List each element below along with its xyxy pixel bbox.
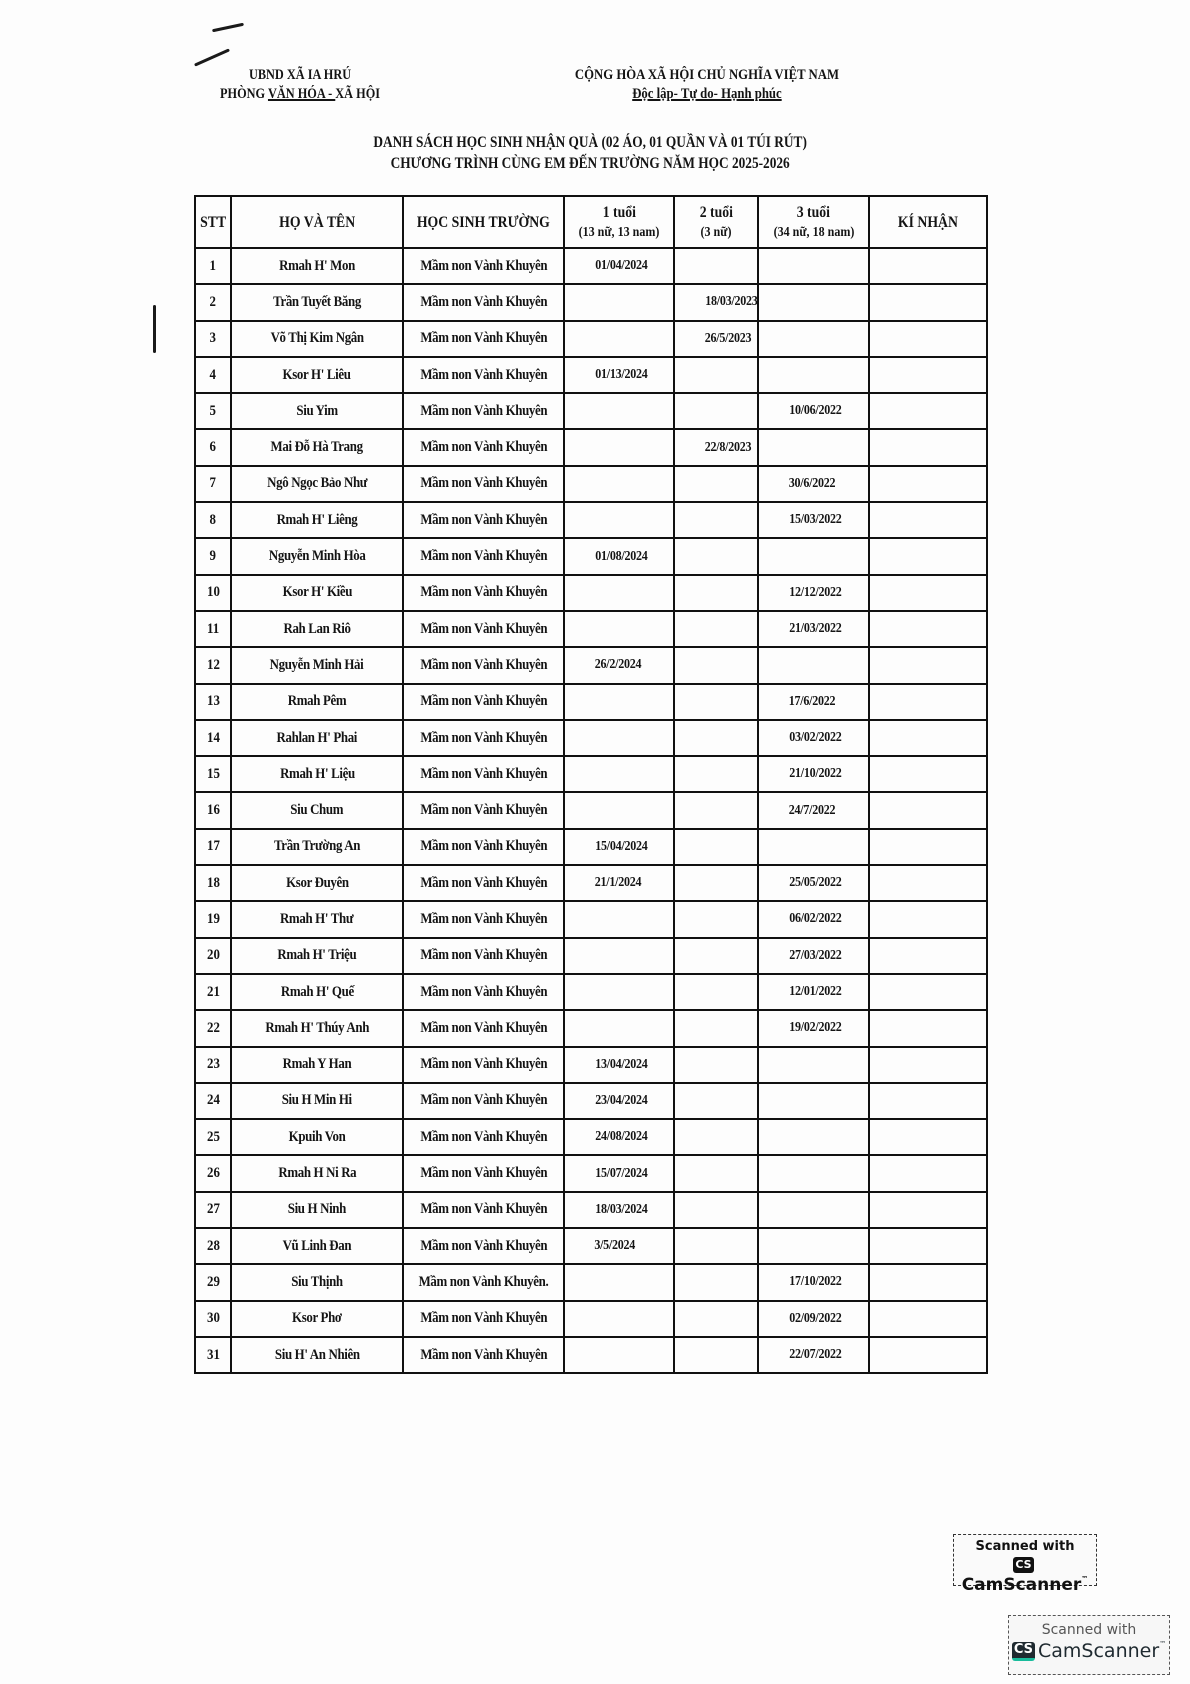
cell-name: Rahlan H' Phai <box>231 720 403 756</box>
national-header: CỘNG HÒA XÃ HỘI CHỦ NGHĨA VIỆT NAM Độc l… <box>548 66 866 104</box>
cell-age1: 01/04/2024 <box>564 248 674 284</box>
table-row: 10Ksor H' KiềuMầm non Vành Khuyên12/12/2… <box>195 575 987 611</box>
cell-age1 <box>564 1264 674 1300</box>
cell-school: Mầm non Vành Khuyên. <box>403 1264 564 1300</box>
cell-age3: 02/09/2022 <box>758 1301 869 1337</box>
cell-age1: 18/03/2024 <box>564 1192 674 1228</box>
cell-name: Kpuih Von <box>231 1119 403 1155</box>
cell-age1 <box>564 284 674 320</box>
cell-school: Mầm non Vành Khuyên <box>403 1083 564 1119</box>
cell-school: Mầm non Vành Khuyên <box>403 1010 564 1046</box>
cell-age1 <box>564 502 674 538</box>
cell-age1 <box>564 1337 674 1373</box>
cell-sign <box>869 684 987 720</box>
cell-name: Rmah H' Triệu <box>231 938 403 974</box>
nation-title: CỘNG HÒA XÃ HỘI CHỦ NGHĨA VIỆT NAM <box>548 66 866 85</box>
agency-line-2-underlined: VĂN HÓA - <box>268 86 335 102</box>
cell-age1: 3/5/2024 <box>564 1228 674 1264</box>
cell-name: Rmah Y Han <box>231 1047 403 1083</box>
cell-age1 <box>564 429 674 465</box>
cell-age3 <box>758 1155 869 1191</box>
cell-school: Mầm non Vành Khuyên <box>403 865 564 901</box>
cell-school: Mầm non Vành Khuyên <box>403 756 564 792</box>
cell-school: Mầm non Vành Khuyên <box>403 248 564 284</box>
cell-age2 <box>674 466 758 502</box>
cell-sign <box>869 1228 987 1264</box>
cell-name: Rmah H' Liệu <box>231 756 403 792</box>
cell-name: Siu H Min Hi <box>231 1083 403 1119</box>
table-row: 28Vũ Linh ĐanMầm non Vành Khuyên3/5/2024 <box>195 1228 987 1264</box>
cell-sign <box>869 865 987 901</box>
cell-age3 <box>758 357 869 393</box>
cell-sign <box>869 1155 987 1191</box>
cell-age3 <box>758 429 869 465</box>
table-row: 29Siu ThịnhMầm non Vành Khuyên.17/10/202… <box>195 1264 987 1300</box>
cell-sign <box>869 393 987 429</box>
cell-sign <box>869 538 987 574</box>
cell-age3: 12/12/2022 <box>758 575 869 611</box>
pen-mark <box>212 23 244 33</box>
cell-age2: 26/5/2023 <box>674 321 758 357</box>
cell-age3 <box>758 1083 869 1119</box>
table-row: 1Rmah H' MonMầm non Vành Khuyên01/04/202… <box>195 248 987 284</box>
cell-sign <box>869 429 987 465</box>
cell-age1 <box>564 974 674 1010</box>
cell-sign <box>869 1192 987 1228</box>
cell-age1: 26/2/2024 <box>564 647 674 683</box>
cell-name: Rmah H' Thư <box>231 901 403 937</box>
col-sign: KÍ NHẬN <box>869 196 987 248</box>
cell-age3: 06/02/2022 <box>758 901 869 937</box>
cell-school: Mầm non Vành Khuyên <box>403 1301 564 1337</box>
cell-age2 <box>674 1119 758 1155</box>
cell-age3: 30/6/2022 <box>758 466 869 502</box>
cell-age2 <box>674 393 758 429</box>
cell-school: Mầm non Vành Khuyên <box>403 1192 564 1228</box>
table-row: 8Rmah H' LiêngMầm non Vành Khuyên15/03/2… <box>195 502 987 538</box>
cell-stt: 15 <box>195 756 231 792</box>
cell-stt: 13 <box>195 684 231 720</box>
cell-age1 <box>564 1010 674 1046</box>
cell-age2 <box>674 248 758 284</box>
cell-school: Mầm non Vành Khuyên <box>403 393 564 429</box>
cell-name: Võ Thị Kim Ngân <box>231 321 403 357</box>
cell-name: Mai Đỗ Hà Trang <box>231 429 403 465</box>
cell-stt: 23 <box>195 1047 231 1083</box>
cell-age1: 01/13/2024 <box>564 357 674 393</box>
cell-age3 <box>758 647 869 683</box>
cell-school: Mầm non Vành Khuyên <box>403 1047 564 1083</box>
cell-stt: 28 <box>195 1228 231 1264</box>
agency-line-2: PHÒNG VĂN HÓA - XÃ HỘI <box>200 85 400 104</box>
cell-school: Mầm non Vành Khuyên <box>403 1228 564 1264</box>
cell-name: Siu Chum <box>231 792 403 828</box>
cell-age3: 24/7/2022 <box>758 792 869 828</box>
table-row: 19Rmah H' ThưMầm non Vành Khuyên06/02/20… <box>195 901 987 937</box>
pen-mark <box>194 48 230 66</box>
cell-age2 <box>674 684 758 720</box>
cell-age2 <box>674 538 758 574</box>
cell-school: Mầm non Vành Khuyên <box>403 466 564 502</box>
cell-age2 <box>674 357 758 393</box>
cell-stt: 14 <box>195 720 231 756</box>
table-row: 2Trần Tuyết BăngMầm non Vành Khuyên18/03… <box>195 284 987 320</box>
cell-age3: 21/10/2022 <box>758 756 869 792</box>
cell-name: Rmah H' Mon <box>231 248 403 284</box>
cell-age1 <box>564 393 674 429</box>
cell-name: Rmah Pêm <box>231 684 403 720</box>
cell-stt: 16 <box>195 792 231 828</box>
camscanner-logo-icon: CS <box>1013 1557 1033 1573</box>
cell-age1 <box>564 792 674 828</box>
cell-sign <box>869 321 987 357</box>
cell-age1 <box>564 1301 674 1337</box>
cell-stt: 12 <box>195 647 231 683</box>
issuing-agency-header: UBND XÃ IA HRÚ PHÒNG VĂN HÓA - XÃ HỘI <box>200 66 400 104</box>
cell-school: Mầm non Vành Khuyên <box>403 538 564 574</box>
cell-name: Ngô Ngọc Bảo Như <box>231 466 403 502</box>
cell-age3 <box>758 1228 869 1264</box>
cell-age2 <box>674 1047 758 1083</box>
cell-age2 <box>674 1301 758 1337</box>
cell-age2 <box>674 974 758 1010</box>
cell-stt: 27 <box>195 1192 231 1228</box>
cell-age3 <box>758 248 869 284</box>
cell-age1: 23/04/2024 <box>564 1083 674 1119</box>
cell-age2 <box>674 502 758 538</box>
cell-school: Mầm non Vành Khuyên <box>403 1337 564 1373</box>
cell-age1 <box>564 720 674 756</box>
cell-age3: 21/03/2022 <box>758 611 869 647</box>
camscanner-watermark: Scanned with CSCamScanner™ <box>953 1534 1097 1586</box>
table-header-row: STT HỌ VÀ TÊN HỌC SINH TRƯỜNG 1 tuổi(13 … <box>195 196 987 248</box>
cell-stt: 22 <box>195 1010 231 1046</box>
cell-stt: 19 <box>195 901 231 937</box>
cell-sign <box>869 792 987 828</box>
cell-stt: 31 <box>195 1337 231 1373</box>
cell-sign <box>869 611 987 647</box>
cell-stt: 8 <box>195 502 231 538</box>
scanned-document-page: UBND XÃ IA HRÚ PHÒNG VĂN HÓA - XÃ HỘI CỘ… <box>0 0 1190 1684</box>
cell-school: Mầm non Vành Khuyên <box>403 502 564 538</box>
cell-age3: 25/05/2022 <box>758 865 869 901</box>
col-stt: STT <box>195 196 231 248</box>
cell-age3: 17/10/2022 <box>758 1264 869 1300</box>
cell-name: Rmah H Ni Ra <box>231 1155 403 1191</box>
table-row: 25Kpuih VonMầm non Vành Khuyên24/08/2024 <box>195 1119 987 1155</box>
table-row: 17Trần Trường AnMầm non Vành Khuyên15/04… <box>195 829 987 865</box>
cell-age1 <box>564 466 674 502</box>
table-row: 12Nguyễn Minh HảiMầm non Vành Khuyên26/2… <box>195 647 987 683</box>
table-row: 18Ksor ĐuyênMầm non Vành Khuyên21/1/2024… <box>195 865 987 901</box>
agency-line-2-prefix: PHÒNG <box>220 86 268 102</box>
table-row: 22Rmah H' Thúy AnhMầm non Vành Khuyên19/… <box>195 1010 987 1046</box>
table-row: 27Siu H NinhMầm non Vành Khuyên18/03/202… <box>195 1192 987 1228</box>
student-gift-table: STT HỌ VÀ TÊN HỌC SINH TRƯỜNG 1 tuổi(13 … <box>194 195 988 1374</box>
cell-name: Trần Trường An <box>231 829 403 865</box>
cell-age2 <box>674 756 758 792</box>
cell-stt: 26 <box>195 1155 231 1191</box>
cell-school: Mầm non Vành Khuyên <box>403 720 564 756</box>
cell-age2 <box>674 1083 758 1119</box>
cell-stt: 7 <box>195 466 231 502</box>
cell-age3 <box>758 284 869 320</box>
cell-age3 <box>758 1192 869 1228</box>
cell-sign <box>869 1083 987 1119</box>
cell-age2 <box>674 575 758 611</box>
cell-age1 <box>564 901 674 937</box>
cell-age2 <box>674 1337 758 1373</box>
cell-stt: 18 <box>195 865 231 901</box>
cell-school: Mầm non Vành Khuyên <box>403 611 564 647</box>
cell-name: Ksor H' Kiều <box>231 575 403 611</box>
cell-stt: 5 <box>195 393 231 429</box>
cell-age1 <box>564 321 674 357</box>
cell-name: Rah Lan Riô <box>231 611 403 647</box>
cell-school: Mầm non Vành Khuyên <box>403 284 564 320</box>
watermark-brand: CSCamScanner™ <box>1009 1640 1169 1662</box>
cell-age2 <box>674 865 758 901</box>
table-row: 20Rmah H' TriệuMầm non Vành Khuyên27/03/… <box>195 938 987 974</box>
cell-stt: 20 <box>195 938 231 974</box>
cell-sign <box>869 1301 987 1337</box>
cell-sign <box>869 647 987 683</box>
watermark-caption: Scanned with <box>954 1539 1096 1554</box>
cell-sign <box>869 1047 987 1083</box>
cell-stt: 1 <box>195 248 231 284</box>
col-age3: 3 tuổi(34 nữ, 18 nam) <box>758 196 869 248</box>
cell-age3: 10/06/2022 <box>758 393 869 429</box>
cell-school: Mầm non Vành Khuyên <box>403 1119 564 1155</box>
cell-age1: 15/07/2024 <box>564 1155 674 1191</box>
table-row: 11Rah Lan RiôMầm non Vành Khuyên21/03/20… <box>195 611 987 647</box>
cell-name: Nguyễn Minh Hòa <box>231 538 403 574</box>
watermark-caption: Scanned with <box>1009 1622 1169 1638</box>
cell-age2 <box>674 1155 758 1191</box>
cell-sign <box>869 829 987 865</box>
cell-age2: 18/03/2023 <box>674 284 758 320</box>
cell-name: Ksor H' Liêu <box>231 357 403 393</box>
cell-stt: 25 <box>195 1119 231 1155</box>
cell-stt: 24 <box>195 1083 231 1119</box>
cell-name: Rmah H' Thúy Anh <box>231 1010 403 1046</box>
cell-age2: 22/8/2023 <box>674 429 758 465</box>
table-row: 14Rahlan H' PhaiMầm non Vành Khuyên03/02… <box>195 720 987 756</box>
cell-school: Mầm non Vành Khuyên <box>403 357 564 393</box>
cell-stt: 30 <box>195 1301 231 1337</box>
cell-age2 <box>674 1010 758 1046</box>
agency-line-2-suffix: XÃ HỘI <box>335 86 380 102</box>
table-row: 6Mai Đỗ Hà TrangMầm non Vành Khuyên22/8/… <box>195 429 987 465</box>
table-body: 1Rmah H' MonMầm non Vành Khuyên01/04/202… <box>195 248 987 1373</box>
cell-age2 <box>674 720 758 756</box>
table-row: 23Rmah Y HanMầm non Vành Khuyên13/04/202… <box>195 1047 987 1083</box>
cell-sign <box>869 357 987 393</box>
cell-stt: 6 <box>195 429 231 465</box>
cell-stt: 29 <box>195 1264 231 1300</box>
cell-school: Mầm non Vành Khuyên <box>403 1155 564 1191</box>
watermark-brand: CSCamScanner™ <box>954 1555 1096 1595</box>
cell-age3 <box>758 538 869 574</box>
title-line-1: DANH SÁCH HỌC SINH NHẬN QUÀ (02 ÁO, 01 Q… <box>330 132 850 153</box>
cell-sign <box>869 575 987 611</box>
cell-name: Nguyễn Minh Hải <box>231 647 403 683</box>
cell-age2 <box>674 611 758 647</box>
document-title: DANH SÁCH HỌC SINH NHẬN QUÀ (02 ÁO, 01 Q… <box>330 132 850 174</box>
cell-stt: 11 <box>195 611 231 647</box>
table-row: 30Ksor PhơMầm non Vành Khuyên02/09/2022 <box>195 1301 987 1337</box>
table-row: 16Siu ChumMầm non Vành Khuyên24/7/2022 <box>195 792 987 828</box>
cell-age3 <box>758 829 869 865</box>
cell-stt: 4 <box>195 357 231 393</box>
cell-age1: 01/08/2024 <box>564 538 674 574</box>
cell-school: Mầm non Vành Khuyên <box>403 321 564 357</box>
cell-age3: 19/02/2022 <box>758 1010 869 1046</box>
table-row: 9Nguyễn Minh HòaMầm non Vành Khuyên01/08… <box>195 538 987 574</box>
cell-age3: 12/01/2022 <box>758 974 869 1010</box>
cell-age3 <box>758 1047 869 1083</box>
cell-name: Ksor Phơ <box>231 1301 403 1337</box>
cell-age2 <box>674 647 758 683</box>
cell-stt: 2 <box>195 284 231 320</box>
cell-age1: 13/04/2024 <box>564 1047 674 1083</box>
cell-age1 <box>564 684 674 720</box>
cell-age2 <box>674 938 758 974</box>
cell-name: Rmah H' Quế <box>231 974 403 1010</box>
cell-age1 <box>564 611 674 647</box>
camscanner-watermark: Scanned with CSCamScanner™ <box>1008 1615 1170 1675</box>
cell-sign <box>869 901 987 937</box>
cell-age1: 24/08/2024 <box>564 1119 674 1155</box>
cell-name: Siu H' An Nhiên <box>231 1337 403 1373</box>
camscanner-logo-icon: CS <box>1012 1642 1035 1661</box>
cell-age3: 27/03/2022 <box>758 938 869 974</box>
cell-age2 <box>674 829 758 865</box>
cell-school: Mầm non Vành Khuyên <box>403 829 564 865</box>
cell-age1: 15/04/2024 <box>564 829 674 865</box>
table-row: 24Siu H Min HiMầm non Vành Khuyên23/04/2… <box>195 1083 987 1119</box>
cell-age1 <box>564 575 674 611</box>
table-row: 5Siu YimMầm non Vành Khuyên10/06/2022 <box>195 393 987 429</box>
cell-school: Mầm non Vành Khuyên <box>403 974 564 1010</box>
col-school: HỌC SINH TRƯỜNG <box>403 196 564 248</box>
cell-age1 <box>564 756 674 792</box>
col-name: HỌ VÀ TÊN <box>231 196 403 248</box>
cell-name: Siu Yim <box>231 393 403 429</box>
table-row: 3Võ Thị Kim NgânMầm non Vành Khuyên26/5/… <box>195 321 987 357</box>
cell-age3: 22/07/2022 <box>758 1337 869 1373</box>
nation-motto: Độc lập- Tự do- Hạnh phúc <box>548 85 866 104</box>
cell-age1 <box>564 938 674 974</box>
col-age1: 1 tuổi(13 nữ, 13 nam) <box>564 196 674 248</box>
cell-sign <box>869 248 987 284</box>
table-row: 15Rmah H' LiệuMầm non Vành Khuyên21/10/2… <box>195 756 987 792</box>
cell-name: Rmah H' Liêng <box>231 502 403 538</box>
cell-stt: 10 <box>195 575 231 611</box>
cell-school: Mầm non Vành Khuyên <box>403 429 564 465</box>
cell-sign <box>869 1264 987 1300</box>
table-row: 7Ngô Ngọc Bảo NhưMầm non Vành Khuyên30/6… <box>195 466 987 502</box>
cell-age2 <box>674 901 758 937</box>
table-row: 31Siu H' An NhiênMầm non Vành Khuyên22/0… <box>195 1337 987 1373</box>
agency-line-1: UBND XÃ IA HRÚ <box>200 66 400 85</box>
cell-stt: 9 <box>195 538 231 574</box>
cell-school: Mầm non Vành Khuyên <box>403 938 564 974</box>
cell-sign <box>869 502 987 538</box>
cell-stt: 21 <box>195 974 231 1010</box>
cell-name: Siu Thịnh <box>231 1264 403 1300</box>
cell-school: Mầm non Vành Khuyên <box>403 575 564 611</box>
cell-name: Trần Tuyết Băng <box>231 284 403 320</box>
cell-stt: 3 <box>195 321 231 357</box>
title-line-2: CHƯƠNG TRÌNH CÙNG EM ĐẾN TRƯỜNG NĂM HỌC … <box>330 153 850 174</box>
cell-age3: 03/02/2022 <box>758 720 869 756</box>
cell-age2 <box>674 1228 758 1264</box>
cell-name: Siu H Ninh <box>231 1192 403 1228</box>
table-row: 13Rmah PêmMầm non Vành Khuyên17/6/2022 <box>195 684 987 720</box>
col-age2: 2 tuổi(3 nữ) <box>674 196 758 248</box>
cell-name: Ksor Đuyên <box>231 865 403 901</box>
cell-age3 <box>758 321 869 357</box>
cell-sign <box>869 974 987 1010</box>
cell-age2 <box>674 1192 758 1228</box>
cell-sign <box>869 756 987 792</box>
cell-sign <box>869 1010 987 1046</box>
cell-age1: 21/1/2024 <box>564 865 674 901</box>
cell-sign <box>869 1337 987 1373</box>
cell-school: Mầm non Vành Khuyên <box>403 647 564 683</box>
cell-age3 <box>758 1119 869 1155</box>
table-row: 26Rmah H Ni RaMầm non Vành Khuyên15/07/2… <box>195 1155 987 1191</box>
cell-sign <box>869 284 987 320</box>
cell-age3: 17/6/2022 <box>758 684 869 720</box>
cell-school: Mầm non Vành Khuyên <box>403 792 564 828</box>
cell-name: Vũ Linh Đan <box>231 1228 403 1264</box>
cell-sign <box>869 466 987 502</box>
cell-age2 <box>674 792 758 828</box>
cell-school: Mầm non Vành Khuyên <box>403 901 564 937</box>
cell-sign <box>869 938 987 974</box>
cell-age2 <box>674 1264 758 1300</box>
cell-sign <box>869 1119 987 1155</box>
pen-mark <box>153 305 156 353</box>
table-row: 4Ksor H' LiêuMầm non Vành Khuyên01/13/20… <box>195 357 987 393</box>
cell-age3: 15/03/2022 <box>758 502 869 538</box>
cell-sign <box>869 720 987 756</box>
cell-stt: 17 <box>195 829 231 865</box>
table-row: 21Rmah H' QuếMầm non Vành Khuyên12/01/20… <box>195 974 987 1010</box>
cell-school: Mầm non Vành Khuyên <box>403 684 564 720</box>
